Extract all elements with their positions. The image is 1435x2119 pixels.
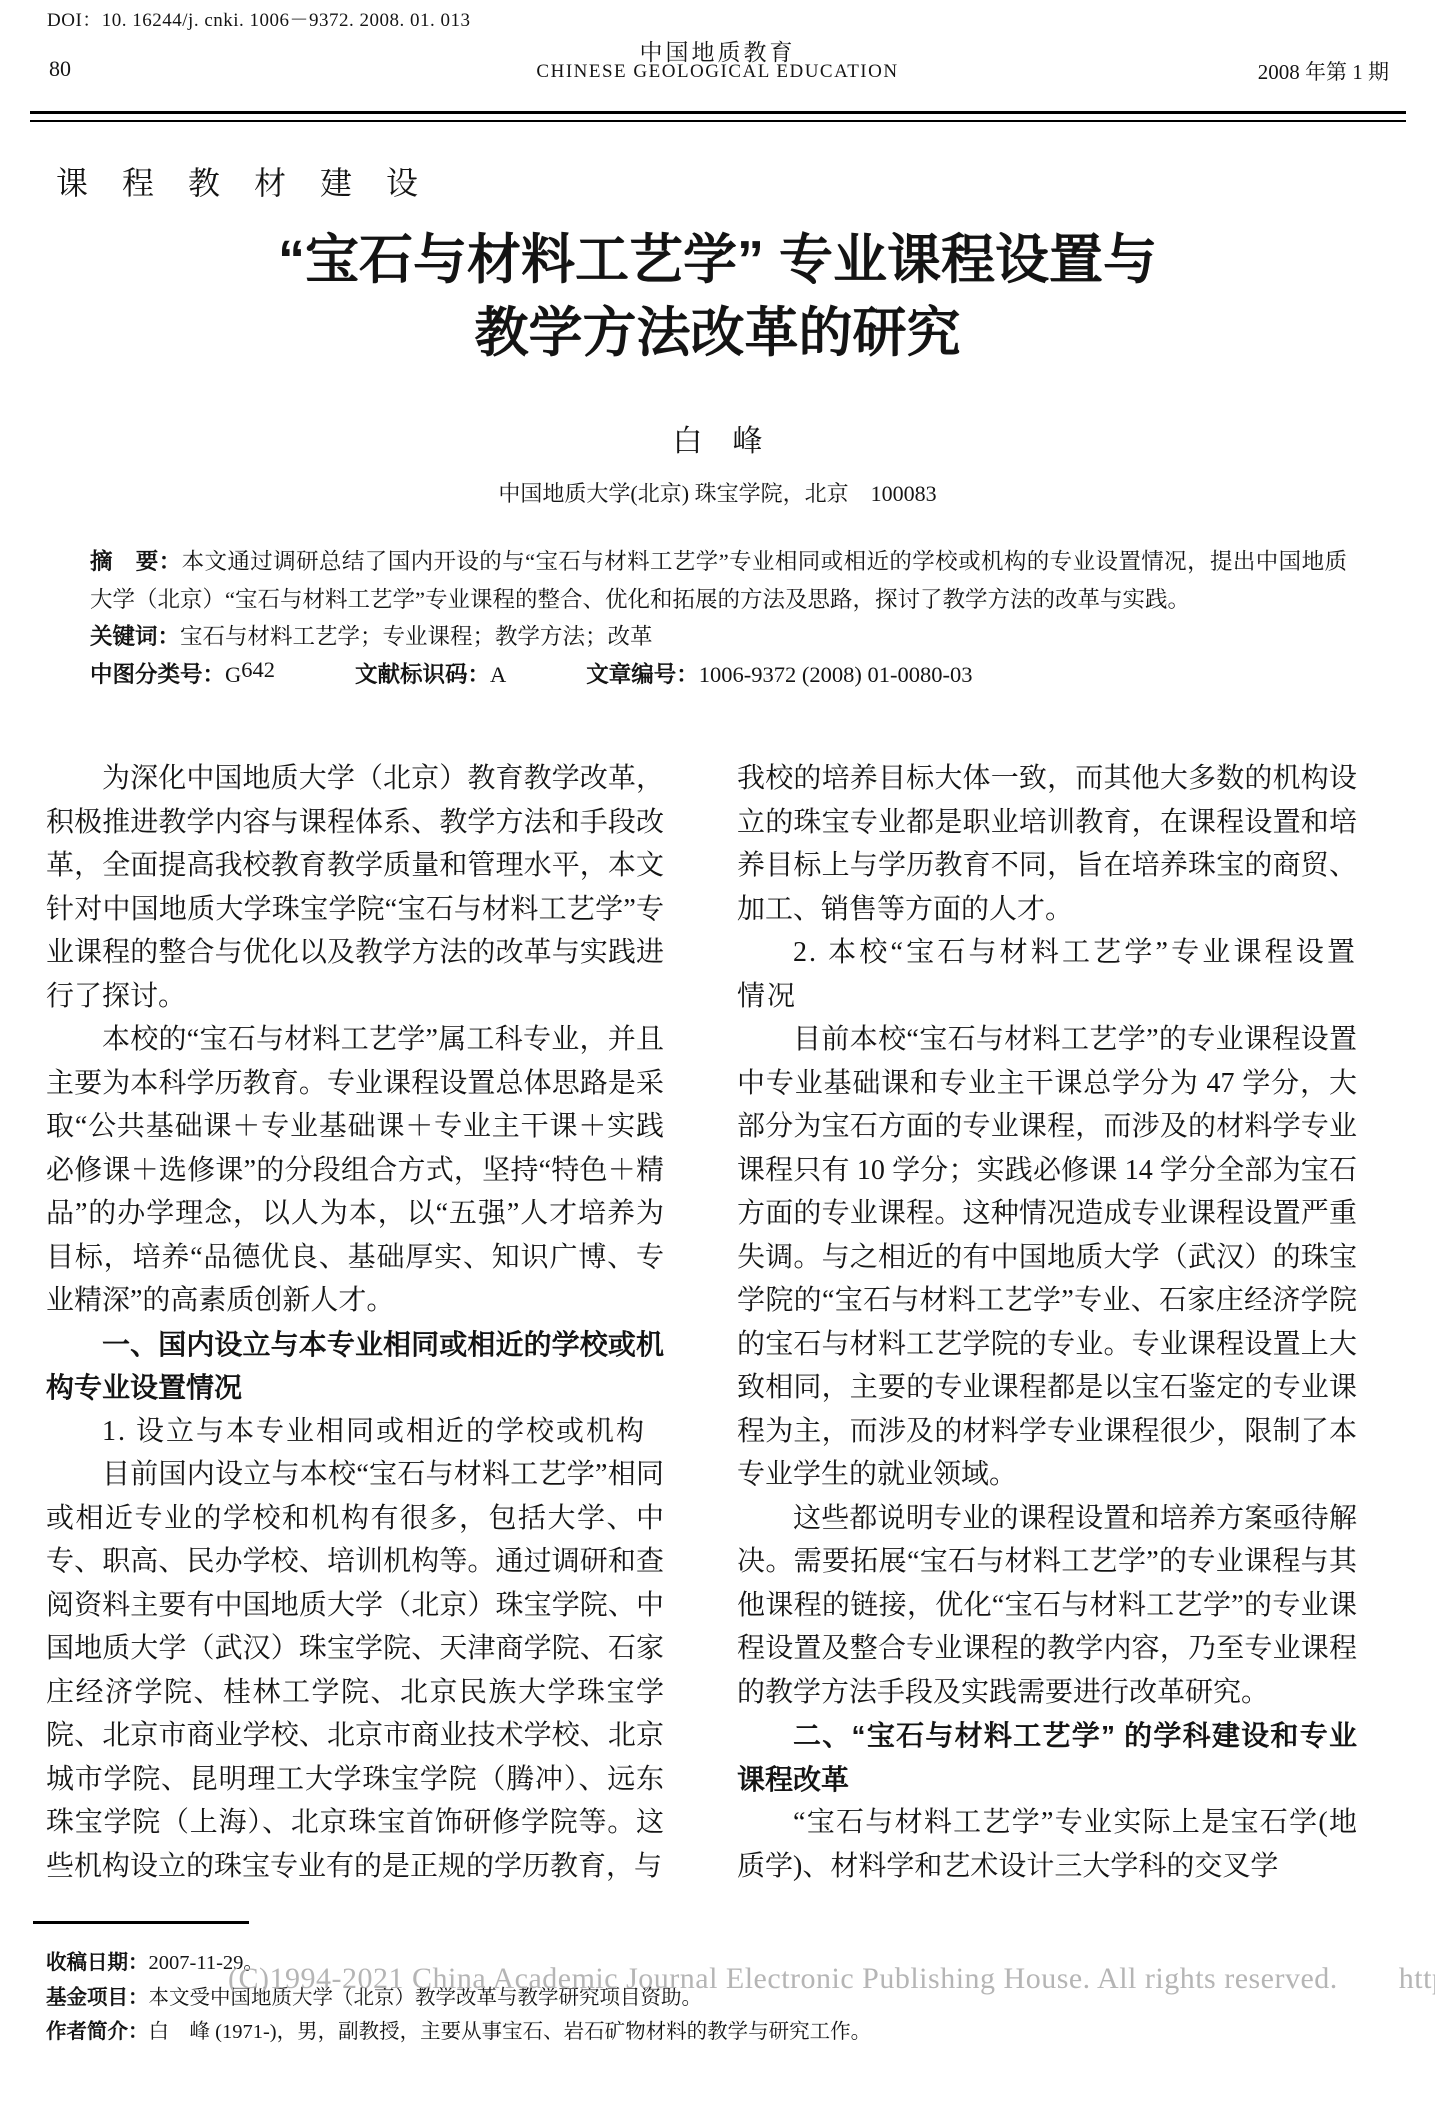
paragraph: 为深化中国地质大学（北京）教育教学改革，积极推进教学内容与课程体系、教学方法和手… [46,757,664,1018]
keywords-text: 宝石与材料工艺学；专业课程；教学方法；改革 [180,624,653,649]
subheading-1-1: 1. 设立与本专业相同或相近的学校或机构 [46,1410,664,1454]
fund-label: 基金项目： [46,1986,149,2009]
paragraph: 这些都说明专业的课程设置和培养方案亟待解决。需要拓展“宝石与材料工艺学”的专业课… [737,1497,1357,1715]
doc-code-value: A [490,662,506,687]
body-column-left: 为深化中国地质大学（北京）教育教学改革，积极推进教学内容与课程体系、教学方法和手… [46,757,664,1888]
section-label: 课程教材建设 [56,158,452,204]
author-affiliation: 中国地质大学(北京) 珠宝学院，北京 100083 [0,477,1435,508]
article-id-value: 1006-9372 (2008) 01-0080-03 [699,662,973,687]
article-title-line2: 教学方法改革的研究 [0,297,1435,370]
heading-2: 二、“宝石与材料工艺学” 的学科建设和专业课程改革 [737,1714,1357,1801]
article-title: “宝石与材料工艺学” 专业课程设置与 教学方法改革的研究 [0,224,1435,370]
clc-value-digits: 642 [241,657,275,682]
keywords-label: 关键词： [90,624,180,649]
cnki-watermark: (C)1994-2021 China Academic Journal Elec… [228,1953,1435,1997]
paragraph-continuation: 我校的培养目标大体一致，而其他大多数的机构设立的珠宝专业都是职业培训教育，在课程… [737,757,1357,931]
clc-value: G [225,662,241,687]
paragraph: 目前本校“宝石与材料工艺学”的专业课程设置中专业基础课和专业主干课总学分为 47… [737,1018,1357,1497]
clc-label: 中图分类号： [90,662,225,687]
doi-line: DOI：10. 16244/j. cnki. 1006－9372. 2008. … [47,5,471,32]
classification-line: 中图分类号：G642文献标识码：A文章编号：1006-9372 (2008) 0… [90,656,1347,694]
heading-1: 一、国内设立与本专业相同或相近的学校或机构专业设置情况 [46,1323,664,1410]
abstract-label: 摘 要： [90,549,182,574]
body-column-right: 我校的培养目标大体一致，而其他大多数的机构设立的珠宝专业都是职业培训教育，在课程… [737,757,1357,1888]
issue-label: 2008 年第 1 期 [1258,56,1389,86]
author-bio-line: 作者简介：白 峰 (1971-)，男，副教授，主要从事宝石、岩石矿物材料的教学与… [46,2015,871,2050]
abstract-block: 摘 要：本文通过调研总结了国内开设的与“宝石与材料工艺学”专业相同或相近的学校或… [90,543,1347,693]
article-title-line1: “宝石与材料工艺学” 专业课程设置与 [0,224,1435,297]
abstract-text: 本文通过调研总结了国内开设的与“宝石与材料工艺学”专业相同或相近的学校或机构的专… [90,549,1347,612]
keywords-line: 关键词：宝石与材料工艺学；专业课程；教学方法；改革 [90,618,1347,656]
footnote-divider [33,1921,249,1924]
received-date-label: 收稿日期： [46,1951,149,1974]
author-bio-value: 白 峰 (1971-)，男，副教授，主要从事宝石、岩石矿物材料的教学与研究工作。 [149,2021,872,2043]
journal-title-en: CHINESE GEOLOGICAL EDUCATION [0,61,1435,83]
abstract-paragraph: 摘 要：本文通过调研总结了国内开设的与“宝石与材料工艺学”专业相同或相近的学校或… [90,543,1347,618]
doc-code-label: 文献标识码： [355,662,490,687]
author-name: 白 峰 [0,416,1435,460]
header-divider [30,111,1406,122]
journal-page: DOI：10. 16244/j. cnki. 1006－9372. 2008. … [0,0,1435,2119]
subheading-1-2: 2. 本校“宝石与材料工艺学”专业课程设置情况 [737,931,1357,1018]
paragraph: 本校的“宝石与材料工艺学”属工科专业，并且主要为本科学历教育。专业课程设置总体思… [46,1018,664,1323]
article-id-label: 文章编号： [586,662,699,687]
paragraph: “宝石与材料工艺学”专业实际上是宝石学(地质学)、材料学和艺术设计三大学科的交叉… [737,1801,1357,1888]
author-bio-label: 作者简介： [46,2020,149,2043]
paragraph: 目前国内设立与本校“宝石与材料工艺学”相同或相近专业的学校和机构有很多，包括大学… [46,1453,664,1888]
